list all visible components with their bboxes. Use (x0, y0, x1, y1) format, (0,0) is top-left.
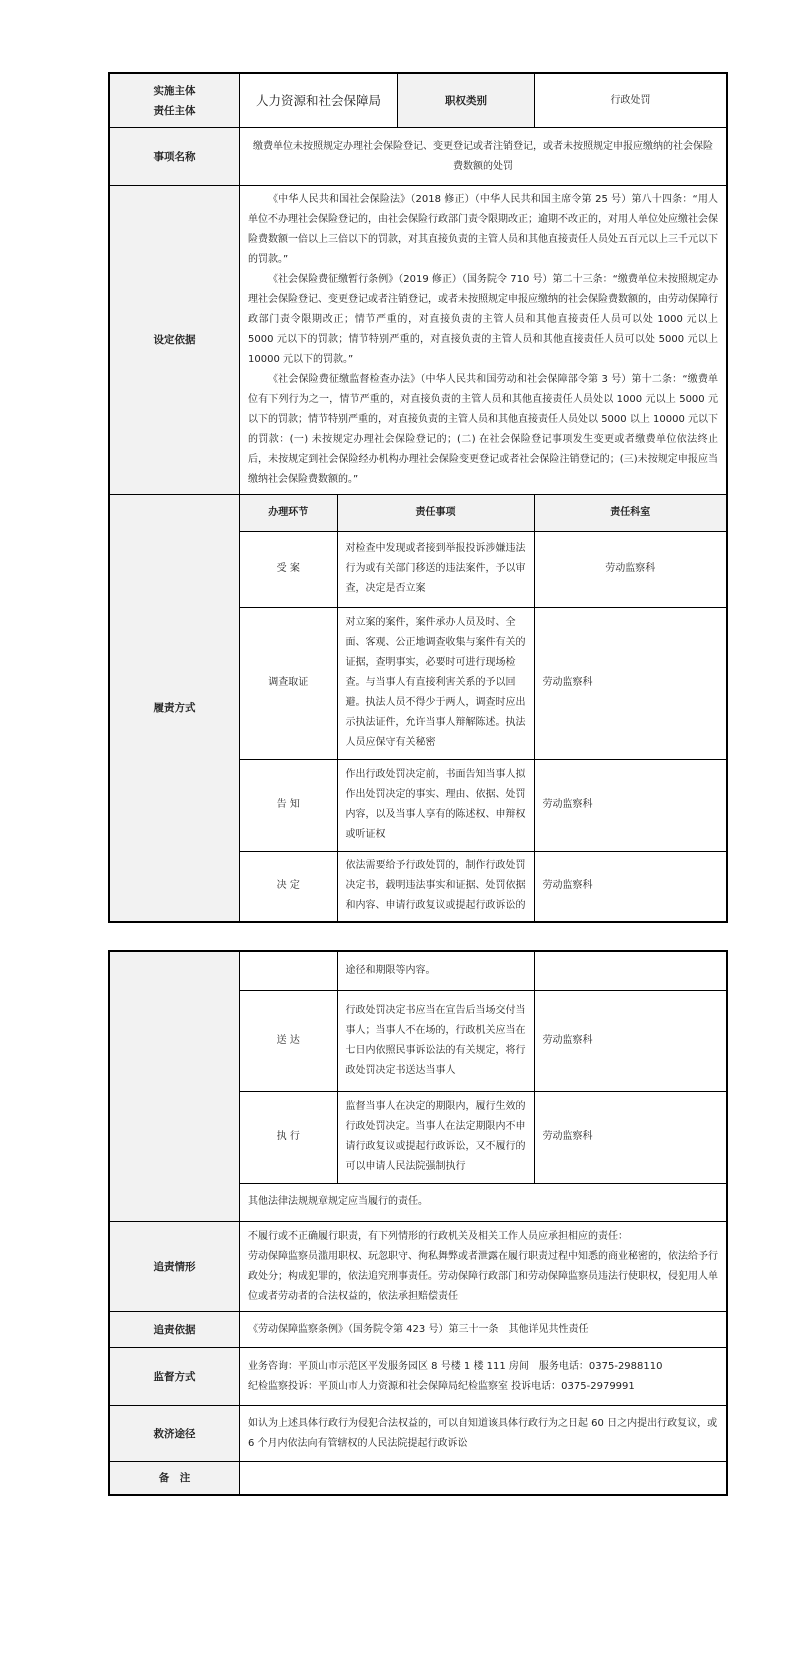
table-row: 受 案 对检查中发现或者接到举报投诉涉嫌违法行为或有关部门移送的违法案件，予以审… (240, 531, 726, 607)
duties-row-continued: 途径和期限等内容。 送 达 行政处罚决定书应当在宣告后当场交付当事人；当事人不在… (110, 952, 727, 1222)
accountability-label: 追责情形 (110, 1222, 240, 1312)
basis-paragraph: 《中华人民共和国社会保险法》（2018 修正）（中华人民共和国主席令第 25 号… (248, 190, 718, 270)
table-row: 途径和期限等内容。 (240, 952, 726, 990)
dept-cell: 劳动监察科 (534, 851, 726, 921)
item-label: 事项名称 (110, 128, 240, 186)
stage-cell: 执 行 (240, 1091, 337, 1183)
implementer-label: 实施主体 (110, 81, 239, 101)
item-value: 缴费单位未按照规定办理社会保险登记、变更登记或者注销登记，或者未按照规定申报应缴… (240, 128, 727, 186)
header-row: 实施主体 责任主体 人力资源和社会保障局 职权类别 行政处罚 (110, 74, 727, 128)
duties-row: 履责方式 办理环节 责任事项 责任科室 受 案 对检查中发现或者接到举报投诉涉嫌… (110, 495, 727, 922)
duties-label-continued (110, 952, 240, 1222)
authority-type-label: 职权类别 (398, 74, 535, 128)
stage-cell: 受 案 (240, 531, 337, 607)
stage-cell: 送 达 (240, 990, 337, 1091)
remarks-label: 备 注 (110, 1462, 240, 1495)
dept-cell: 劳动监察科 (534, 990, 726, 1091)
matter-cell: 途径和期限等内容。 (337, 952, 534, 990)
supervision-label: 监督方式 (110, 1348, 240, 1406)
column-header-dept: 责任科室 (534, 495, 726, 531)
matter-cell: 作出行政处罚决定前，书面告知当事人拟作出处罚决定的事实、理由、依据、处罚内容，以… (337, 759, 534, 851)
matter-cell: 监督当事人在决定的期限内，履行生效的行政处罚决定。当事人在法定期限内不申请行政复… (337, 1091, 534, 1183)
matter-cell: 对检查中发现或者接到举报投诉涉嫌违法行为或有关部门移送的违法案件，予以审查，决定… (337, 531, 534, 607)
dept-cell: 劳动监察科 (534, 1091, 726, 1183)
other-duties-row: 其他法律法规规章规定应当履行的责任。 (240, 1183, 726, 1221)
duties-table-cell-continued: 途径和期限等内容。 送 达 行政处罚决定书应当在宣告后当场交付当事人；当事人不在… (240, 952, 727, 1222)
remarks-value (240, 1462, 727, 1495)
matter-cell: 对立案的案件，案件承办人员及时、全面、客观、公正地调查收集与案件有关的证据，查明… (337, 607, 534, 759)
item-row: 事项名称 缴费单位未按照规定办理社会保险登记、变更登记或者注销登记，或者未按照规… (110, 128, 727, 186)
accountability-basis-value: 《劳动保障监察条例》（国务院令第 423 号）第三十一条 其他详见共性责任 (240, 1312, 727, 1348)
power-list-table-continued: 途径和期限等内容。 送 达 行政处罚决定书应当在宣告后当场交付当事人；当事人不在… (109, 951, 727, 1495)
accountability-basis-row: 追责依据 《劳动保障监察条例》（国务院令第 423 号）第三十一条 其他详见共性… (110, 1312, 727, 1348)
accountability-line: 不履行或不正确履行职责，有下列情形的行政机关及相关工作人员应承担相应的责任： (248, 1227, 718, 1247)
remarks-row: 备 注 (110, 1462, 727, 1495)
duties-table-cell: 办理环节 责任事项 责任科室 受 案 对检查中发现或者接到举报投诉涉嫌违法行为或… (240, 495, 727, 922)
remedy-row: 救济途径 如认为上述具体行政行为侵犯合法权益的，可以自知道该具体行政行为之日起 … (110, 1406, 727, 1462)
dept-cell: 劳动监察科 (534, 531, 726, 607)
table-row: 决 定 依法需要给予行政处罚的，制作行政处罚决定书，载明违法事实和证据、处罚依据… (240, 851, 726, 921)
matter-cell: 依法需要给予行政处罚的，制作行政处罚决定书，载明违法事实和证据、处罚依据和内容、… (337, 851, 534, 921)
stage-cell (240, 952, 337, 990)
column-header-matter: 责任事项 (337, 495, 534, 531)
accountability-row: 追责情形 不履行或不正确履行职责，有下列情形的行政机关及相关工作人员应承担相应的… (110, 1222, 727, 1312)
supervision-content: 业务咨询：平顶山市示范区平发服务园区 8 号楼 1 楼 111 房间 服务电话：… (240, 1348, 727, 1406)
remedy-label: 救济途径 (110, 1406, 240, 1462)
accountability-line: 劳动保障监察员滥用职权、玩忽职守、徇私舞弊或者泄露在履行职责过程中知悉的商业秘密… (248, 1247, 718, 1307)
consultation-line: 业务咨询：平顶山市示范区平发服务园区 8 号楼 1 楼 111 房间 服务电话：… (248, 1357, 718, 1377)
implementer-label-cell: 实施主体 责任主体 (110, 74, 240, 128)
other-duties-text: 其他法律法规规章规定应当履行的责任。 (240, 1183, 726, 1221)
table-row: 告 知 作出行政处罚决定前，书面告知当事人拟作出处罚决定的事实、理由、依据、处罚… (240, 759, 726, 851)
matter-cell: 行政处罚决定书应当在宣告后当场交付当事人；当事人不在场的，行政机关应当在七日内依… (337, 990, 534, 1091)
duties-table: 办理环节 责任事项 责任科室 受 案 对检查中发现或者接到举报投诉涉嫌违法行为或… (240, 495, 726, 921)
duties-label: 履责方式 (110, 495, 240, 922)
power-list-table: 实施主体 责任主体 人力资源和社会保障局 职权类别 行政处罚 事项名称 缴费单位… (109, 73, 727, 922)
supervision-row: 监督方式 业务咨询：平顶山市示范区平发服务园区 8 号楼 1 楼 111 房间 … (110, 1348, 727, 1406)
table-row: 送 达 行政处罚决定书应当在宣告后当场交付当事人；当事人不在场的，行政机关应当在… (240, 990, 726, 1091)
remedy-value: 如认为上述具体行政行为侵犯合法权益的，可以自知道该具体行政行为之日起 60 日之… (240, 1406, 727, 1462)
document-page-2: 途径和期限等内容。 送 达 行政处罚决定书应当在宣告后当场交付当事人；当事人不在… (108, 950, 728, 1496)
authority-type-value: 行政处罚 (535, 74, 727, 128)
table-row: 执 行 监督当事人在决定的期限内，履行生效的行政处罚决定。当事人在法定期限内不申… (240, 1091, 726, 1183)
basis-label: 设定依据 (110, 186, 240, 495)
stage-cell: 决 定 (240, 851, 337, 921)
duties-header-row: 办理环节 责任事项 责任科室 (240, 495, 726, 531)
accountability-basis-label: 追责依据 (110, 1312, 240, 1348)
basis-paragraph: 《社会保险费征缴暂行条例》（2019 修正）（国务院令 710 号）第二十三条：… (248, 270, 718, 370)
document-page-1: 实施主体 责任主体 人力资源和社会保障局 职权类别 行政处罚 事项名称 缴费单位… (108, 72, 728, 923)
dept-cell: 劳动监察科 (534, 759, 726, 851)
stage-cell: 告 知 (240, 759, 337, 851)
agency-name: 人力资源和社会保障局 (240, 74, 398, 128)
basis-paragraph: 《社会保险费征缴监督检查办法》（中华人民共和国劳动和社会保障部令第 3 号）第十… (248, 370, 718, 490)
complaint-line: 纪检监察投诉：平顶山市人力资源和社会保障局纪检监察室 投诉电话：0375-297… (248, 1377, 718, 1397)
stage-cell: 调查取证 (240, 607, 337, 759)
basis-row: 设定依据 《中华人民共和国社会保险法》（2018 修正）（中华人民共和国主席令第… (110, 186, 727, 495)
duties-table-continued: 途径和期限等内容。 送 达 行政处罚决定书应当在宣告后当场交付当事人；当事人不在… (240, 952, 726, 1221)
responsible-label: 责任主体 (110, 101, 239, 121)
table-row: 调查取证 对立案的案件，案件承办人员及时、全面、客观、公正地调查收集与案件有关的… (240, 607, 726, 759)
dept-cell (534, 952, 726, 990)
column-header-stage: 办理环节 (240, 495, 337, 531)
basis-content: 《中华人民共和国社会保险法》（2018 修正）（中华人民共和国主席令第 25 号… (240, 186, 727, 495)
accountability-content: 不履行或不正确履行职责，有下列情形的行政机关及相关工作人员应承担相应的责任： 劳… (240, 1222, 727, 1312)
dept-cell: 劳动监察科 (534, 607, 726, 759)
